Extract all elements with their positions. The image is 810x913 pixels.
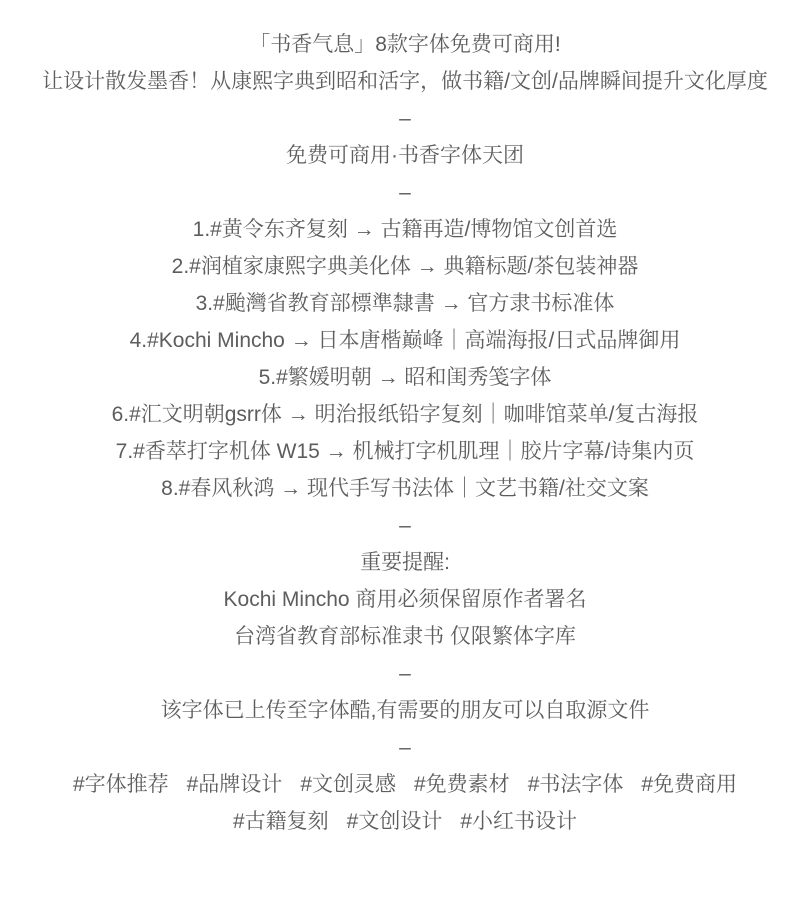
hashtag-ancient-book-revival[interactable]: #古籍复刻	[233, 803, 329, 840]
divider-line: –	[34, 729, 776, 766]
font-list-item-8: 8.#春风秋鸿 → 现代手写书法体｜文艺书籍/社交文案	[34, 470, 776, 507]
notice-line-2: 台湾省教育部标准隶书 仅限繁体字库	[34, 618, 776, 655]
download-note: 该字体已上传至字体酷,有需要的朋友可以自取源文件	[34, 692, 776, 729]
hashtag-cultural-creative-inspiration[interactable]: #文创灵感	[300, 766, 396, 803]
hashtag-free-commercial[interactable]: #免费商用	[641, 766, 737, 803]
hashtag-xiaohongshu-design[interactable]: #小红书设计	[460, 803, 577, 840]
hashtag-list: #字体推荐#品牌设计#文创灵感#免费素材#书法字体#免费商用#古籍复刻#文创设计…	[34, 766, 776, 840]
hashtag-cultural-creative-design[interactable]: #文创设计	[347, 803, 443, 840]
font-list-item-5: 5.#繁媛明朝 → 昭和闺秀笺字体	[34, 359, 776, 396]
hashtag-brand-design[interactable]: #品牌设计	[187, 766, 283, 803]
divider-line: –	[34, 174, 776, 211]
hashtag-font-recommend[interactable]: #字体推荐	[73, 766, 169, 803]
hashtag-calligraphy-font[interactable]: #书法字体	[528, 766, 624, 803]
font-list-item-3: 3.#颱灣省教育部標準隸書 → 官方隶书标准体	[34, 285, 776, 322]
team-line: 免费可商用·书香字体天团	[34, 137, 776, 174]
font-list-item-6: 6.#汇文明朝gsrr体 → 明治报纸铅字复刻｜咖啡馆菜单/复古海报	[34, 396, 776, 433]
font-list-item-7: 7.#香萃打字机体 W15 → 机械打字机肌理｜胶片字幕/诗集内页	[34, 433, 776, 470]
notice-title: 重要提醒:	[34, 544, 776, 581]
font-list-item-2: 2.#润植家康熙字典美化体 → 典籍标题/茶包装神器	[34, 248, 776, 285]
hashtag-free-material[interactable]: #免费素材	[414, 766, 510, 803]
font-list-item-4: 4.#Kochi Mincho → 日本唐楷巅峰｜高端海报/日式品牌御用	[34, 322, 776, 359]
divider-line: –	[34, 655, 776, 692]
font-list: 1.#黄令东齐复刻 → 古籍再造/博物馆文创首选 2.#润植家康熙字典美化体 →…	[34, 211, 776, 507]
post-title: 「书香气息」8款字体免费可商用!	[34, 26, 776, 63]
notice-line-1: Kochi Mincho 商用必须保留原作者署名	[34, 581, 776, 618]
font-list-item-1: 1.#黄令东齐复刻 → 古籍再造/博物馆文创首选	[34, 211, 776, 248]
divider-line: –	[34, 507, 776, 544]
post-body: 「书香气息」8款字体免费可商用! 让设计散发墨香！从康熙字典到昭和活字，做书籍/…	[34, 0, 776, 840]
post-intro: 让设计散发墨香！从康熙字典到昭和活字，做书籍/文创/品牌瞬间提升文化厚度	[36, 63, 774, 100]
divider-line: –	[34, 100, 776, 137]
